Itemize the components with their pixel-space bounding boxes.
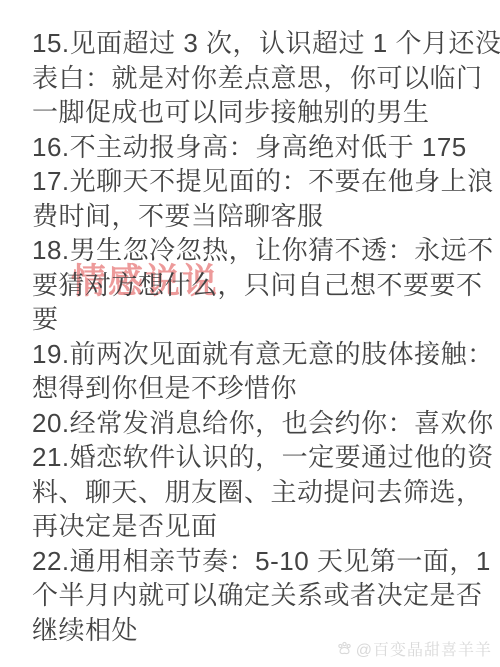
- text-line: 要猜对方想什么，只问自己想不要要不: [32, 268, 500, 303]
- text-line: 要: [32, 302, 500, 337]
- screenshot-page: { "page": { "background_color": "#ffffff…: [0, 0, 500, 667]
- text-line: 表白：就是对你差点意思，你可以临门: [32, 61, 500, 96]
- text-line: 18.男生忽冷忽热，让你猜不透：永远不: [32, 233, 500, 268]
- content-area: 15.见面超过 3 次，认识超过 1 个月还没 表白：就是对你差点意思，你可以临…: [0, 0, 500, 647]
- text-line: 21.婚恋软件认识的，一定要通过他的资: [32, 440, 500, 475]
- paw-logo-icon: [336, 640, 353, 657]
- text-line: 费时间，不要当陪聊客服: [32, 199, 500, 234]
- text-line: 17.光聊天不提见面的：不要在他身上浪: [32, 164, 500, 199]
- text-line: 料、聊天、朋友圈、主动提问去筛选，: [32, 475, 500, 510]
- text-line: 想得到你但是不珍惜你: [32, 371, 500, 406]
- text-line: 16.不主动报身高：身高绝对低于 175: [32, 130, 500, 165]
- text-line: 再决定是否见面: [32, 509, 500, 544]
- text-line: 22.通用相亲节奏：5-10 天见第一面，1: [32, 544, 500, 579]
- credit-watermark: @百变晶甜喜羊羊: [336, 637, 492, 660]
- text-line: 20.经常发消息给你，也会约你：喜欢你: [32, 406, 500, 441]
- text-line: 个半月内就可以确定关系或者决定是否: [32, 578, 500, 613]
- text-line: 19.前两次见面就有意无意的肢体接触：: [32, 337, 500, 372]
- text-line: 15.见面超过 3 次，认识超过 1 个月还没: [32, 26, 500, 61]
- text-line: 一脚促成也可以同步接触别的男生: [32, 95, 500, 130]
- credit-text: @百变晶甜喜羊羊: [356, 637, 492, 660]
